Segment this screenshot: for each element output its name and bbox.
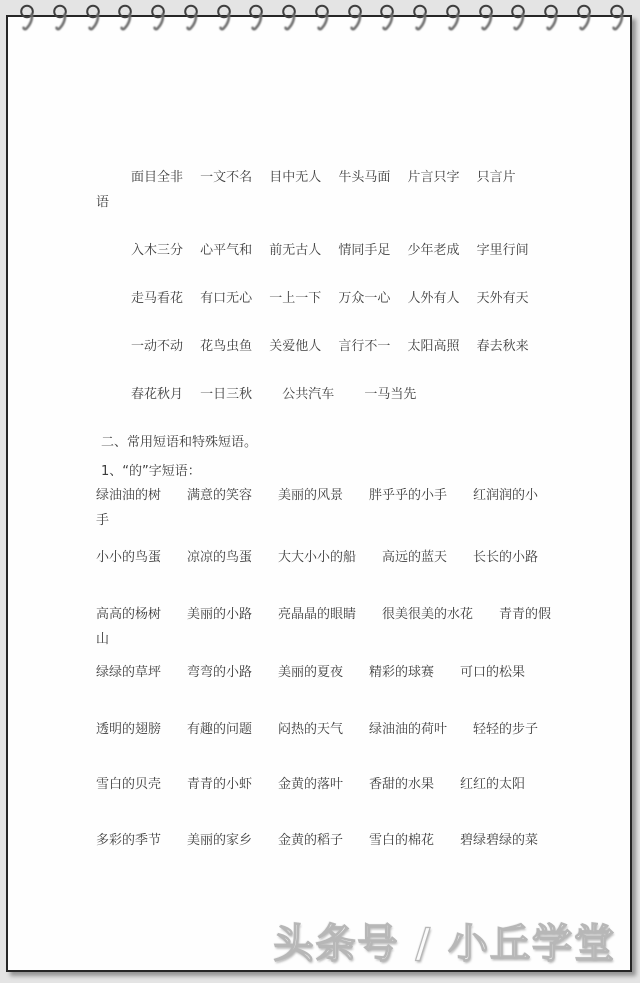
subsection-heading: 1、“的”字短语：: [96, 461, 572, 483]
idiom-row: 面目全非 一文不名 目中无人 牛头马面 片言只字 只言片 语: [96, 165, 572, 215]
phrase-section: 二、常用短语和特殊短语。 1、“的”字短语： 绿油油的树 满意的笑容 美丽的风景…: [96, 430, 572, 853]
phrase-row: 绿油油的树 满意的笑容 美丽的风景 胖乎乎的小手 红润润的小 手: [96, 483, 572, 533]
idiom-row: 入木三分 心平气和 前无古人 情同手足 少年老成 字里行间: [96, 238, 572, 263]
phrase-row: 绿绿的草坪 弯弯的小路 美丽的夏夜 精彩的球赛 可口的松果: [96, 660, 572, 685]
idiom-row: 春花秋月 一日三秋 公共汽车 一马当先: [96, 382, 572, 407]
phrase-row: 高高的杨树 美丽的小路 亮晶晶的眼睛 很美很美的水花 青青的假 山: [96, 602, 572, 652]
phrase-row: 雪白的贝壳 青青的小虾 金黄的落叶 香甜的水果 红红的太阳: [96, 772, 572, 797]
watermark: 头条号 / 小丘学堂: [274, 912, 616, 969]
idiom-row: 走马看花 有口无心 一上一下 万众一心 人外有人 天外有天: [96, 286, 572, 311]
notebook-page: 面目全非 一文不名 目中无人 牛头马面 片言只字 只言片 语 入木三分 心平气和…: [6, 15, 632, 972]
phrase-row: 透明的翅膀 有趣的问题 闷热的天气 绿油油的荷叶 轻轻的步子: [96, 717, 572, 742]
phrase-row: 多彩的季节 美丽的家乡 金黄的稻子 雪白的棉花 碧绿碧绿的菜: [96, 828, 572, 853]
phrase-row: 小小的鸟蛋 凉凉的鸟蛋 大大小小的船 高远的蓝天 长长的小路: [96, 545, 572, 570]
idiom-row: 一动不动 花鸟虫鱼 关爱他人 言行不一 太阳高照 春去秋来: [96, 334, 572, 359]
section-heading: 二、常用短语和特殊短语。: [96, 430, 572, 455]
idiom-section: 面目全非 一文不名 目中无人 牛头马面 片言只字 只言片 语 入木三分 心平气和…: [96, 165, 572, 407]
page-content: 面目全非 一文不名 目中无人 牛头马面 片言只字 只言片 语 入木三分 心平气和…: [8, 17, 630, 885]
